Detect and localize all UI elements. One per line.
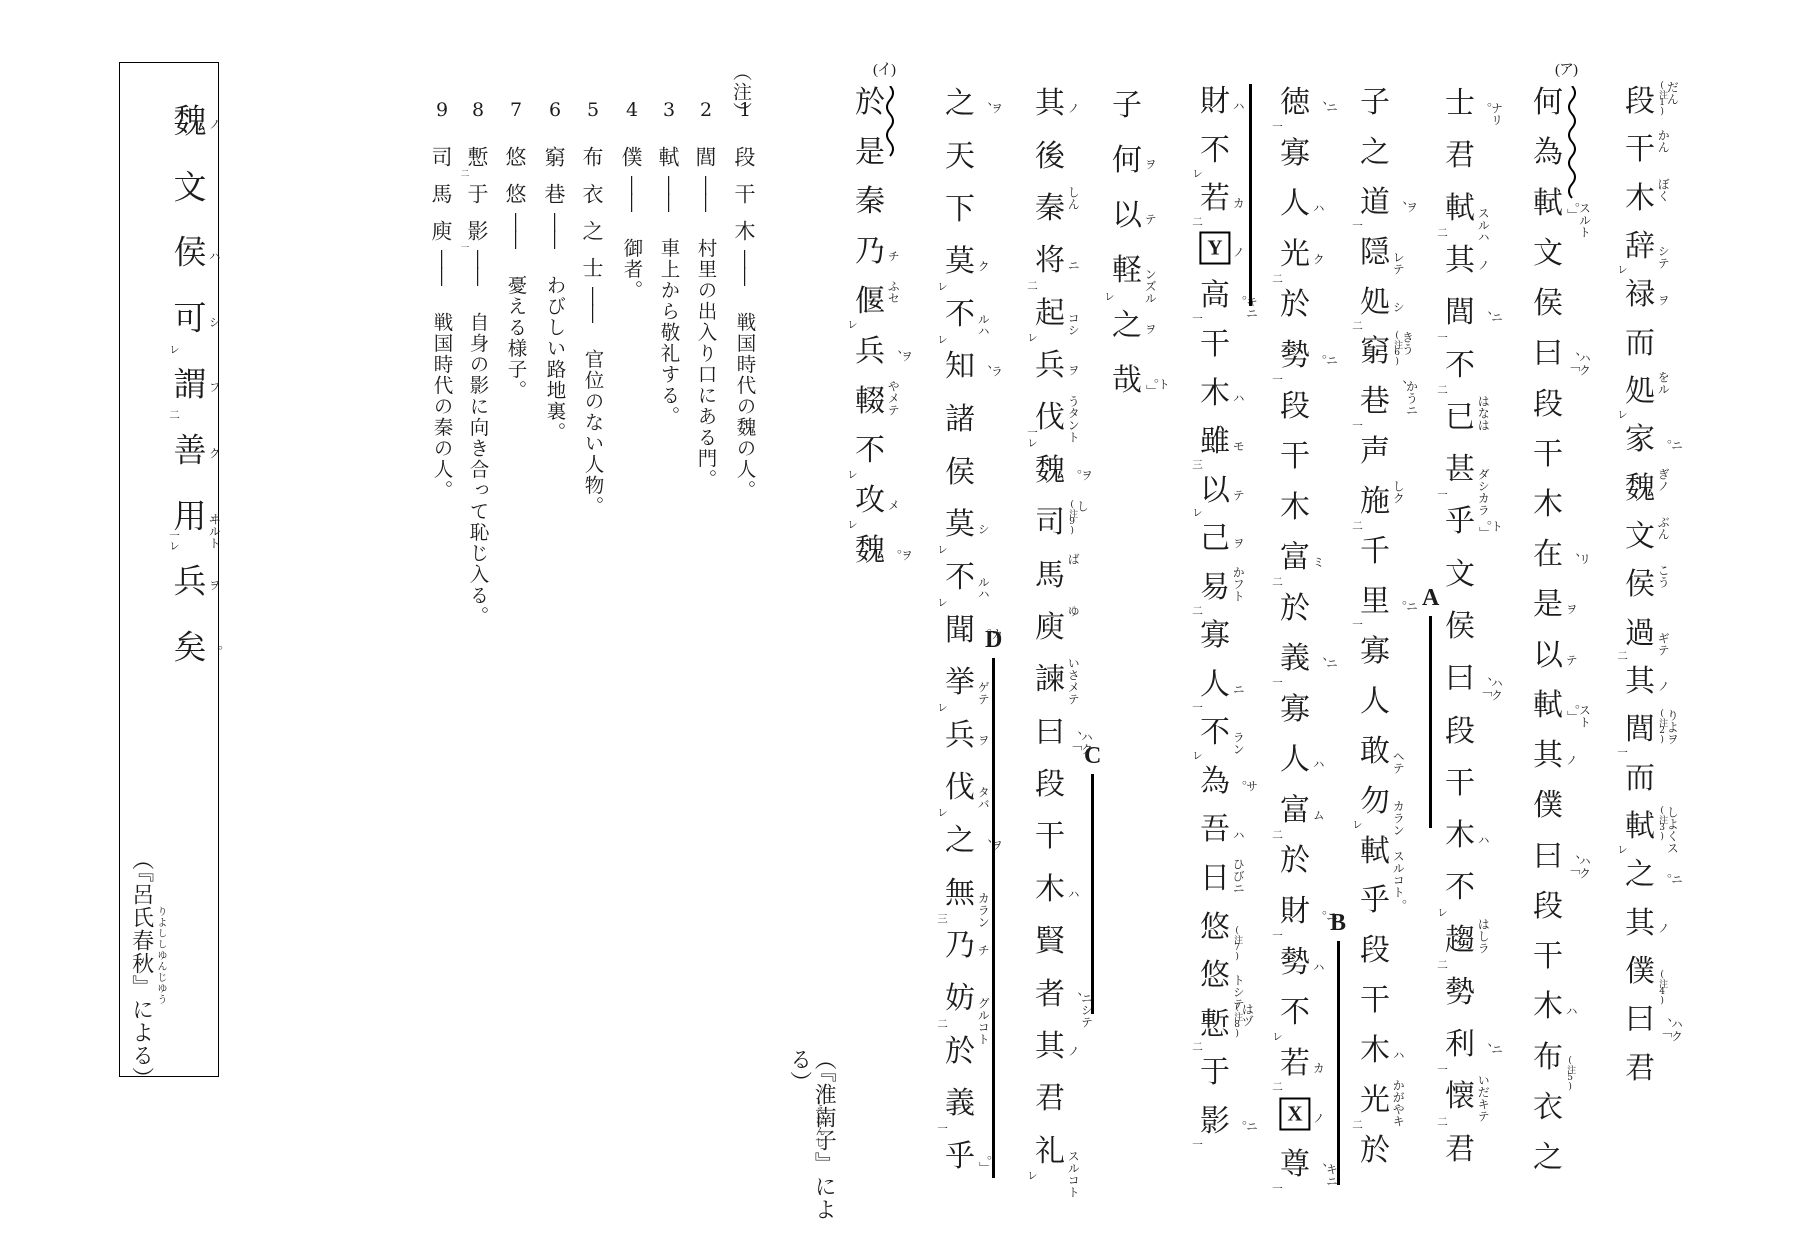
note-item-7: 7悠悠――憂える様子。 [500,95,532,401]
kaeriten: 一 [1272,1183,1283,1194]
reading-annotation: ニ [1325,101,1337,114]
kanji: 干 [1200,330,1230,360]
kanbun-cell: 子 [1109,78,1145,133]
reading-annotation: テ [1144,213,1156,225]
kanbun-cell: 魏ぎノ [1622,465,1658,513]
kanji: 秦 [1035,194,1065,224]
okurigana-furigana: ナリ。 [1477,102,1502,126]
kanbun-cell: 窮きう(注6) [1357,328,1393,378]
kanbun-cell: 寡 [1277,129,1313,180]
okurigana-furigana: しク [1392,480,1404,504]
okurigana-furigana: ヲ、 [887,350,912,363]
reading-annotation: カ [1312,1062,1324,1074]
okurigana-furigana: ば [1067,553,1079,565]
kanbun-cell: 其ノ [1622,900,1658,948]
reading-annotation: はしラ [1477,918,1489,954]
kanji: 以 [1112,201,1142,231]
punctuation: 、 [1312,101,1325,114]
kanbun-cell: 者ニシテ、 [1032,968,1068,1020]
okurigana-furigana: ルハ [977,576,989,600]
okurigana-furigana: ヲ。 [887,549,912,562]
note-ref: (注6) [1392,331,1401,366]
okurigana-furigana: ト。」 [1144,378,1169,398]
kanbun-cell: 矣。 [170,614,210,680]
kanbun-cell: 人ニ一 [1197,661,1233,710]
kanbun-cell: 利ニ、一 [1442,1019,1478,1071]
kanbun-cell: 魏ヲ。 [852,526,888,576]
reading-annotation: ハク [1578,352,1590,376]
kanbun-cell: 不ランレ [1197,709,1233,758]
kanbun-cell: 徳ニ、一 [1277,78,1313,129]
reading-annotation: りよヲ [1666,709,1678,745]
kanbun-cell: 不ルハレ [942,552,978,605]
kanji: 於 [1280,290,1310,320]
okurigana-furigana: ノ [1067,102,1079,114]
kanbun-cell: 施しク二 [1357,477,1393,527]
kanji: 千 [1360,537,1390,567]
okurigana-furigana: ニ、 [1477,1043,1502,1056]
okurigana-furigana: フ [208,381,220,393]
note-number: 6 [549,95,561,139]
kanji: 何 [1112,146,1142,176]
kanbun-cell: 於 [942,1025,978,1078]
kanbun-cell: 謂フ二 [170,351,210,417]
kanbun-cell: 秦しん [1032,183,1068,235]
kanbun-cell: 不二 [1442,339,1478,391]
kanji: 段 [735,147,756,168]
emphasis-wavy-line [884,86,896,168]
kanbun-cell: 軾スト。」 [1530,681,1566,731]
kanbun-cell: 賢 [1032,916,1068,968]
kanbun-cell: 侯 [942,446,978,499]
kanji: 伐 [1035,403,1065,433]
kanbun-cell: 日ひびニ [1197,855,1233,904]
kanbun-cell: 侯ハ [170,220,210,286]
kanbun-cell: 声 [1357,427,1393,477]
reading-annotation: ヲ [1144,323,1156,335]
kanji: 文 [1625,522,1655,552]
kanbun-cell: 将ニ二 [1032,235,1068,287]
reading-annotation: スルト [1578,202,1590,238]
reading-annotation: ルハ [977,313,989,337]
okurigana-furigana: テ [1232,489,1244,501]
okurigana-furigana: スルコト [1392,850,1404,898]
kanbun-cell: 千 [1357,527,1393,577]
reading-annotation: ニ [1067,259,1079,271]
kanbun-exam-page: 段だん(注1)干かん木ぼく辞シテレ禄ヲ而処をルレ家ニ。魏ぎノ文ぶん侯こう過ギテ二… [0,0,1796,1249]
punctuation: 。 [1312,354,1325,367]
reading-annotation: ゲテ [977,681,989,705]
kanbun-cell: 乃チ [852,227,888,277]
kanji: 在 [1533,540,1563,570]
kanji: 兵 [174,565,207,598]
okurigana-furigana: かフト [1232,566,1244,602]
reading-annotation: やメテ [887,380,899,416]
okurigana-furigana: ノ [1067,1045,1079,1057]
reading-annotation: ゆ [1067,605,1079,617]
okurigana-furigana: ノ [1477,259,1489,271]
note-number: 8 [472,95,484,139]
kanbun-cell: 君 [1442,1124,1478,1176]
okurigana-furigana: ク [208,447,220,459]
okurigana-furigana: タバ [977,786,989,810]
kanbun-cell: 曰ハク、「 [1530,329,1566,379]
kanbun-cell: 軾しよくス(注3)レ [1622,803,1658,851]
punctuation: 、 [1477,1043,1490,1056]
kanji: 悠 [1200,961,1230,991]
okurigana-furigana: モ [1232,440,1244,452]
kanbun-cell: 可シレ [170,285,210,351]
okurigana-furigana: ヲ、 [977,102,1002,115]
okurigana-furigana: ハク、「 [1477,677,1502,701]
kanbun-cell: 易かフト二 [1197,563,1233,612]
kanji: 勿 [1360,787,1390,817]
note-item-9: 9司馬庾――戦国時代の秦の人。 [426,95,458,501]
kanji: 巷 [1360,387,1390,417]
kanji: 是 [1533,590,1563,620]
kanbun-cell: 侯 [1442,601,1478,653]
kanji: 木 [1035,875,1065,905]
okurigana-furigana: シ [1392,301,1404,313]
reading-annotation: ハ [1232,100,1244,112]
okurigana-furigana: ク [977,260,989,272]
kanbun-cell: 已はなは [1442,392,1478,444]
okurigana-furigana: ギテ [1657,632,1669,656]
kanji: 軾 [1360,837,1390,867]
kanji: 隠 [1360,238,1390,268]
reading-annotation: ヲ [990,102,1002,115]
reading-annotation: かうニ [1405,380,1417,416]
kanji: 閭 [696,147,717,168]
kanbun-cell: 秦 [852,178,888,228]
kanji: 之 [945,89,975,119]
reading-annotation: ハ [1312,202,1324,214]
kanbun-cell: 曰ハク、「 [1622,996,1658,1044]
kanji: 段 [1533,892,1563,922]
kanbun-cell: 侯こう [1622,561,1658,609]
kanbun-cell: 用ヰルト一レ [170,483,210,549]
punctuation: 、 [1392,380,1405,416]
reading-annotation: ク [977,260,989,272]
kanbun-cell: 諸 [942,394,978,447]
kanji: 不 [1280,998,1310,1028]
okurigana-furigana: レテ [1392,251,1404,275]
kanji: 其 [1445,246,1475,276]
kanbun-cell: 閭りよヲ(注2)一 [1622,706,1658,754]
kanbun-cell: 影ニ。一 [1197,1097,1233,1146]
okurigana-furigana: りよヲ(注2) [1657,709,1678,745]
okurigana-furigana: カ [1232,197,1244,209]
kanji: 之 [1360,138,1390,168]
okurigana-furigana: ニ、 [1477,311,1502,324]
kanji: 不 [1445,351,1475,381]
reading-annotation: ニ [1232,683,1244,695]
kanji: 吾 [1200,815,1230,845]
okurigana-furigana: ふセ [887,280,899,304]
kanji: 懐 [1445,1082,1475,1112]
okurigana-furigana: シテ [1657,245,1669,269]
okurigana-furigana: ニ。 [1657,439,1682,452]
kanji: 以 [1533,641,1563,671]
kanji: 莫 [945,510,975,540]
kanbun-cell: 僕 [617,139,647,176]
kanbun-cell: 文 [1442,549,1478,601]
punctuation: 、 [1067,992,1080,1028]
marker-label-D: D [985,628,1002,652]
kanbun-cell: Xノ [1277,1089,1313,1140]
kanbun-cell: 布(注5) [1530,1032,1566,1082]
kanbun-cell: 勿カランレ [1357,777,1393,827]
kanji: 以 [1200,476,1230,506]
reading-annotation: ク [208,447,220,459]
kanji: 寡 [1360,637,1390,667]
kanji: 乎 [945,1142,975,1172]
kanbun-cell: 義ニ、一 [1277,634,1313,685]
kanji: 莫 [945,247,975,277]
kanji: 道 [1360,188,1390,218]
reading-annotation: ぎノ [1657,468,1669,492]
kanji: 兵 [1035,351,1065,381]
okurigana-furigana: カラン [1392,800,1404,836]
reading-annotation: ハ [1232,392,1244,404]
note-dash: ―― [660,176,679,238]
kanji: 侯 [1445,612,1475,642]
okurigana-furigana: ニ [1067,259,1079,271]
kanji: 乎 [1445,507,1475,537]
note-number: 9 [436,95,448,139]
kanji: 勢 [1280,341,1310,371]
note-number: 4 [626,95,638,139]
kanji: 于 [468,184,489,205]
kanji: 施 [1360,487,1390,517]
reading-annotation: ノ [1067,1045,1079,1057]
kanbun-cell: 勢 [1442,967,1478,1019]
kanbun-cell: 文 [1530,229,1566,279]
kanbun-cell: 木 [1530,480,1566,530]
punctuation: 。 [208,645,221,658]
okurigana-furigana: 。 [208,645,221,658]
kanji: 日 [1200,864,1230,894]
okurigana-furigana: ぼく [1657,178,1669,202]
kanbun-cell: 哉ト。」 [1109,353,1145,408]
kanji: 過 [1625,619,1655,649]
kanji: 衣 [583,184,604,205]
kaeriten: レ [1027,1170,1038,1181]
kanbun-cell: 馬 [427,176,457,213]
okurigana-furigana: ノ [1565,754,1577,766]
kanji: 謂 [174,368,207,401]
kanbun-cell: 之ヲ、 [942,815,978,868]
kanji: 於 [1280,594,1310,624]
kanji: 魏 [1035,456,1065,486]
kanji: 財 [1200,87,1230,117]
kanbun-column-3: 士ナリ。君軾スルハ二其ノ閭ニ、一不二已はなは甚ダシカラ一乎ト。」文侯曰ハク、「段… [1442,78,1478,1176]
note-definition: 戦国時代の秦の人。 [431,312,452,501]
kanbun-cell: 衣 [578,176,608,213]
punctuation: 、 [1312,1163,1325,1187]
kanji: 其 [1035,1032,1065,1062]
okurigana-furigana: メ [887,499,899,511]
reading-annotation: ヲ [900,350,912,363]
kanbun-cell: 吾ハ [1197,806,1233,855]
reading-annotation: いさメテ [1067,657,1079,705]
kanbun-cell: 于 [1197,1049,1233,1098]
okurigana-furigana: リ、 [1565,553,1590,566]
reading-annotation: ミ [1312,556,1324,568]
kanji: 義 [945,1089,975,1119]
note-ref: (注4) [1657,970,1666,1005]
kanji: 君 [1445,1135,1475,1165]
kanji: 己 [1200,524,1230,554]
note-item-4: 4僕――御者。 [616,95,648,301]
note-ref: (注1) [1657,81,1666,116]
kanbun-cell: 慙二 [463,139,493,176]
kanji: 乃 [945,931,975,961]
kanji: 於 [945,1037,975,1067]
okurigana-furigana: ノ [1657,680,1669,692]
kanji: 曰 [1445,664,1475,694]
kanbun-cell: 莫シレ [942,499,978,552]
kanji: 聞 [945,616,975,646]
kanbun-cell: 過ギテ二 [1622,610,1658,658]
kanbun-cell: 聞カ。 [942,604,978,657]
reading-annotation: こう [1657,564,1669,588]
kanbun-cell: 勢ハ [1277,937,1313,988]
okurigana-furigana: ム [1312,809,1324,821]
kanbun-cell: 軾スルコト [1357,827,1393,877]
kanbun-cell: 里ニ。一 [1357,577,1393,627]
okurigana-furigana: グルコト [977,997,989,1045]
reading-annotation: ハ [1232,829,1244,841]
kanbun-cell: 人ハ [1277,179,1313,230]
reading-annotation: カ [1232,197,1244,209]
kanji: 其 [1533,741,1563,771]
kanji: 寡 [1200,621,1230,651]
reading-annotation: ニ [1490,1043,1502,1056]
reading-annotation: ノ [1657,680,1669,692]
kanji: 輟 [855,387,885,417]
kanji: 甚 [1445,455,1475,485]
kanji: 段 [1360,936,1390,966]
kanji: 用 [174,499,207,532]
citation-text: （『淮南子』による） [787,1048,837,1221]
okurigana-furigana: こう [1657,564,1669,588]
kanbun-cell: 不レ [1197,127,1233,176]
citation-furigana: えなんじ [813,1104,823,1148]
kanbun-cell: 干 [1442,758,1478,810]
reading-annotation: ヘテ [1392,750,1404,774]
okurigana-furigana: いだキテ [1477,1074,1489,1122]
kanbun-cell: 魏ヲ。 [1032,445,1068,497]
kanbun-cell: 為 [1530,128,1566,178]
okurigana-furigana: はヅ(注8) [1232,1003,1253,1038]
okurigana-furigana: サ。 [1232,780,1257,793]
kanbun-cell: 段 [1442,705,1478,757]
reading-annotation: ラン [1232,731,1244,755]
kanji: 趨 [1445,926,1475,956]
kanji: 而 [1625,764,1655,794]
kanbun-cell: 以テ [1109,188,1145,243]
punctuation: 、 [1565,553,1578,566]
kanbun-cell: 知ラ、 [942,341,978,394]
okurigana-furigana: ニ [1232,683,1244,695]
kanbun-cell: 其ノ [1032,1021,1068,1073]
okurigana-furigana: ハ [208,250,220,262]
reading-annotation: シ [977,523,989,535]
kanbun-cell: 光かがやキ二 [1357,1076,1393,1126]
kanbun-cell: 何ヲ [1109,133,1145,188]
reading-annotation: ノ [1657,922,1669,934]
kanji: 君 [1035,1084,1065,1114]
kanji: 僕 [622,147,643,168]
kanji: 僕 [1533,791,1563,821]
reading-annotation: ニ [1490,311,1502,324]
kanbun-cell: 趨はしラ二 [1442,915,1478,967]
okurigana-furigana: 。」 [977,1155,990,1175]
kanji: 侯 [1533,289,1563,319]
reading-annotation: ダシカラ [1477,468,1489,516]
okurigana-furigana: ゲテ [977,681,989,705]
okurigana-furigana: チ [977,944,989,956]
kanji: 富 [1280,796,1310,826]
reading-annotation: ニ [1405,600,1417,613]
okurigana-furigana: カ [1312,1062,1324,1074]
reading-annotation: グルコト [977,997,989,1045]
kanbun-cell: 干 [1357,976,1393,1026]
kanji: 魏 [1625,474,1655,504]
okurigana-furigana: ぶん [1657,516,1669,540]
kanbun-cell: 於 [1357,1126,1393,1176]
kanbun-cell: 雖モ三 [1197,418,1233,467]
reading-annotation: ノ [208,118,220,130]
reading-annotation: メ [887,499,899,511]
kanji: 不 [1445,873,1475,903]
kanji: 天 [945,142,975,172]
kanji: 曰 [1533,339,1563,369]
kanbun-cell: 何 [1530,78,1566,128]
kanji: 之 [1533,1143,1563,1173]
okurigana-furigana: やメテ [887,380,899,416]
okurigana-furigana: ヲ [1144,158,1156,170]
passage-line-D [992,658,995,1178]
kanbun-cell: 攻メレ [852,476,888,526]
kanbun-cell: 其ノ [1530,731,1566,781]
kanji: 木 [735,221,756,242]
kanbun-cell: 君 [1622,1045,1658,1093]
kanbun-cell: 其ノ [1032,78,1068,130]
kanbun-cell: 義一 [942,1078,978,1131]
kanbun-cell: 乎ト。」 [1442,496,1478,548]
okurigana-furigana: ハ [1067,888,1079,900]
reading-annotation: フ [208,381,220,393]
kanbun-cell: 之 [1530,1133,1566,1183]
kanbun-cell: 無カラン三 [942,867,978,920]
okurigana-furigana: ゆ [1067,605,1079,617]
kanji: 而 [1625,329,1655,359]
kanbun-cell: 之ヲ、 [942,78,978,131]
kanbun-cell: 悠トシテ [1197,952,1233,1001]
reading-annotation: ノ [1477,259,1489,271]
kanji: 善 [174,433,207,466]
note-definition: 村里の出入り口にある門。 [695,238,716,490]
kanji: 人 [1200,670,1230,700]
okurigana-furigana: ハ [1392,1049,1404,1061]
kanbun-column-2: 何為軾スルト。」文侯曰ハク、「段干木在リ、是ヲ以テ軾スト。」其ノ僕曰ハク、「段干… [1530,78,1566,1183]
kanji: 為 [1200,767,1230,797]
note-definition: 官位のない人物。 [582,349,603,517]
kanji: 馬 [1035,561,1065,591]
kanbun-cell: 富ム二 [1277,786,1313,837]
